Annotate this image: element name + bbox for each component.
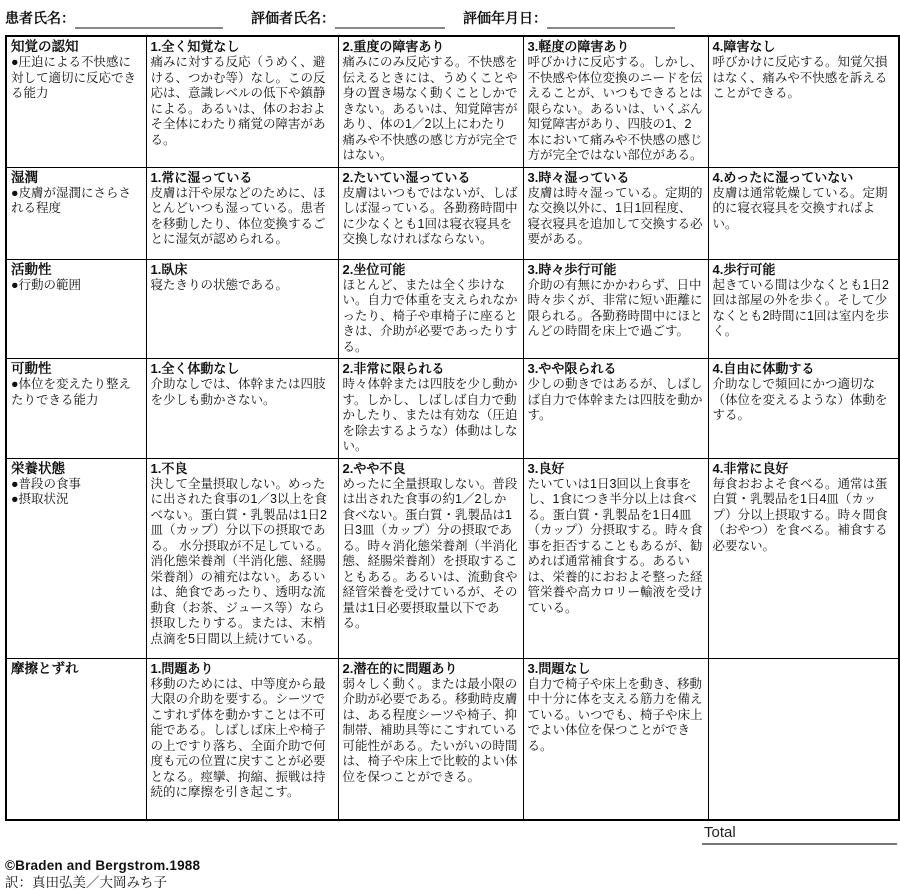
- braden-scale-table: 知覚の認知 ●圧迫による不快感に対して適切に反応できる能力 1.全く知覚なし 痛…: [5, 35, 900, 821]
- cell-perception-4: 4.障害なし 呼びかけに反応する。知覚欠損はなく、痛みや不快感を訴えることができ…: [708, 36, 899, 167]
- score-body: 少しの動きではあるが、しばしば自力で体幹または四肢を動かす。: [528, 377, 704, 424]
- score-body: めったに全量摂取しない。普段は出された食事の約1／2しか食べない。蛋白質・乳製品…: [343, 477, 519, 632]
- score-body: 寝たきりの状態である。: [151, 278, 334, 294]
- cell-perception-1: 1.全く知覚なし 痛みに対する反応（うめく、避ける、つかむ等）なし。この反応は、…: [146, 36, 338, 167]
- score-body: 皮膚はいつもではないが、しばしば湿っている。各勤務時間中に少なくとも1回は寝衣寝…: [343, 186, 519, 248]
- category-desc: ●行動の範囲: [11, 278, 142, 294]
- score-body: 毎食おおよそ食べる。通常は蛋白質・乳製品を1日4皿（カップ）分以上摂取する。時々…: [713, 477, 895, 555]
- copyright-text: ©Braden and Bergstrom.1988: [5, 857, 898, 874]
- score-body: 呼びかけに反応する。しかし、不快感や体位変換のニードを伝えることが、いつもできる…: [528, 55, 704, 164]
- score-title: 1.問題あり: [151, 661, 334, 677]
- cell-moisture-2: 2.たいてい湿っている 皮膚はいつもではないが、しばしば湿っている。各勤務時間中…: [338, 167, 523, 259]
- row-activity: 活動性 ●行動の範囲 1.臥床 寝たきりの状態である。 2.坐位可能 ほとんど、…: [6, 259, 899, 359]
- cell-category-nutrition: 栄養状態 ●普段の食事 ●摂取状況: [6, 458, 146, 658]
- cell-activity-3: 3.時々歩行可能 介助の有無にかかわらず、日中時々歩くが、非常に短い距離に限られ…: [523, 259, 708, 359]
- score-body: たいていは1日3回以上食事をし、1食につき半分以上は食べる。蛋白質・乳製品を1日…: [528, 477, 704, 617]
- eval-date-blank: [547, 10, 675, 29]
- category-desc: ●普段の食事: [11, 477, 142, 493]
- score-body: 皮膚は通常乾燥している。定期的に寝衣寝具を交換すればよい。: [713, 186, 895, 233]
- eval-date-label: 評価年月日：: [463, 8, 547, 29]
- category-title: 知覚の認知: [11, 39, 142, 55]
- score-title: 4.自由に体動する: [713, 361, 895, 377]
- cell-nutrition-2: 2.やや不良 めったに全量摂取しない。普段は出された食事の約1／2しか食べない。…: [338, 458, 523, 658]
- cell-category-friction: 摩擦とずれ: [6, 658, 146, 820]
- form-header: 患者氏名： 評価者氏名： 評価年月日：: [5, 8, 898, 29]
- category-title: 摩擦とずれ: [11, 661, 142, 677]
- cell-moisture-4: 4.めったに湿っていない 皮膚は通常乾燥している。定期的に寝衣寝具を交換すればよ…: [708, 167, 899, 259]
- score-body: 介助の有無にかかわらず、日中時々歩くが、非常に短い距離に限られる。各勤務時間中に…: [528, 278, 704, 340]
- category-desc: ●圧迫による不快感に対して適切に反応できる能力: [11, 55, 142, 102]
- evaluator-name-label: 評価者氏名：: [251, 8, 335, 29]
- cell-activity-2: 2.坐位可能 ほとんど、または全く歩けない。自力で体重を支えられなかったり、椅子…: [338, 259, 523, 359]
- score-title: 3.やや限られる: [528, 361, 704, 377]
- score-body: 介助なしで頻回にかつ適切な（体位を変えるような）体動をする。: [713, 377, 895, 424]
- score-title: 1.不良: [151, 461, 334, 477]
- score-title: 3.問題なし: [528, 661, 704, 677]
- patient-name-label: 患者氏名：: [5, 8, 75, 29]
- category-title: 活動性: [11, 262, 142, 278]
- score-body: 決して全量摂取しない。めったに出された食事の1／3以上を食べない。蛋白質・乳製品…: [151, 477, 334, 648]
- score-title: 2.潜在的に問題あり: [343, 661, 519, 677]
- braden-scale-form: 患者氏名： 評価者氏名： 評価年月日： 知覚の認知 ●圧迫による不快感に対して適…: [0, 0, 900, 891]
- score-title: 1.全く体動なし: [151, 361, 334, 377]
- cell-moisture-1: 1.常に湿っている 皮膚は汗や尿などのために、ほとんどいつも湿っている。患者を移…: [146, 167, 338, 259]
- cell-mobility-2: 2.非常に限られる 時々体幹または四肢を少し動かす。しかし、しばしば自力で動かし…: [338, 359, 523, 459]
- score-body: 起きている間は少なくとも1日2回は部屋の外を歩く。そして少なくとも2時間に1回は…: [713, 278, 895, 340]
- category-desc: ●皮膚が湿潤にさらされる程度: [11, 186, 142, 217]
- category-desc: ●体位を変えたり整えたりできる能力: [11, 377, 142, 408]
- score-title: 1.臥床: [151, 262, 334, 278]
- score-body: 自力で椅子や床上を動き、移動中十分に体を支える筋力を備えている。いつでも、椅子や…: [528, 677, 704, 755]
- score-body: 時々体幹または四肢を少し動かす。しかし、しばしば自力で動かしたり、または有効な（…: [343, 377, 519, 455]
- cell-perception-3: 3.軽度の障害あり 呼びかけに反応する。しかし、不快感や体位変換のニードを伝える…: [523, 36, 708, 167]
- row-nutrition: 栄養状態 ●普段の食事 ●摂取状況 1.不良 決して全量摂取しない。めったに出さ…: [6, 458, 899, 658]
- cell-mobility-1: 1.全く体動なし 介助なしでは、体幹または四肢を少しも動かさない。: [146, 359, 338, 459]
- score-title: 2.たいてい湿っている: [343, 170, 519, 186]
- score-title: 1.全く知覚なし: [151, 39, 334, 55]
- category-desc-2: ●摂取状況: [11, 492, 142, 508]
- row-perception: 知覚の認知 ●圧迫による不快感に対して適切に反応できる能力 1.全く知覚なし 痛…: [6, 36, 899, 167]
- cell-friction-3: 3.問題なし 自力で椅子や床上を動き、移動中十分に体を支える筋力を備えている。い…: [523, 658, 708, 820]
- score-body: 皮膚は時々湿っている。定期的な交換以外に、1日1回程度、寝衣寝具を追加して交換す…: [528, 186, 704, 248]
- cell-mobility-4: 4.自由に体動する 介助なしで頻回にかつ適切な（体位を変えるような）体動をする。: [708, 359, 899, 459]
- score-title: 3.良好: [528, 461, 704, 477]
- score-body: 皮膚は汗や尿などのために、ほとんどいつも湿っている。患者を移動したり、体位変換す…: [151, 186, 334, 248]
- cell-nutrition-3: 3.良好 たいていは1日3回以上食事をし、1食につき半分以上は食べる。蛋白質・乳…: [523, 458, 708, 658]
- score-body: 弱々しく動く。または最小限の介助が必要である。移動時皮膚は、ある程度シーツや椅子…: [343, 677, 519, 786]
- score-title: 4.非常に良好: [713, 461, 895, 477]
- cell-perception-2: 2.重度の障害あり 痛みにのみ反応する。不快感を伝えるときには、うめくことや身の…: [338, 36, 523, 167]
- evaluator-name-blank: [335, 10, 445, 29]
- row-friction: 摩擦とずれ 1.問題あり 移動のためには、中等度から最大限の介助を要する。シーツ…: [6, 658, 899, 820]
- score-body: 移動のためには、中等度から最大限の介助を要する。シーツでこすれず体を動かすことは…: [151, 677, 334, 801]
- score-title: 3.軽度の障害あり: [528, 39, 704, 55]
- score-body: 痛みに対する反応（うめく、避ける、つかむ等）なし。この反応は、意識レベルの低下や…: [151, 55, 334, 148]
- cell-category-activity: 活動性 ●行動の範囲: [6, 259, 146, 359]
- score-title: 2.非常に限られる: [343, 361, 519, 377]
- cell-category-perception: 知覚の認知 ●圧迫による不快感に対して適切に反応できる能力: [6, 36, 146, 167]
- score-title: 2.やや不良: [343, 461, 519, 477]
- total-field: Total: [702, 822, 897, 845]
- score-title: 2.重度の障害あり: [343, 39, 519, 55]
- score-title: 3.時々歩行可能: [528, 262, 704, 278]
- score-body: 介助なしでは、体幹または四肢を少しも動かさない。: [151, 377, 334, 408]
- score-title: 4.障害なし: [713, 39, 895, 55]
- total-label: Total: [704, 824, 736, 841]
- cell-nutrition-1: 1.不良 決して全量摂取しない。めったに出された食事の1／3以上を食べない。蛋白…: [146, 458, 338, 658]
- score-title: 4.歩行可能: [713, 262, 895, 278]
- cell-category-mobility: 可動性 ●体位を変えたり整えたりできる能力: [6, 359, 146, 459]
- row-mobility: 可動性 ●体位を変えたり整えたりできる能力 1.全く体動なし 介助なしでは、体幹…: [6, 359, 899, 459]
- score-title: 3.時々湿っている: [528, 170, 704, 186]
- score-body: 痛みにのみ反応する。不快感を伝えるときには、うめくことや身の置き場なく動くことし…: [343, 55, 519, 164]
- cell-moisture-3: 3.時々湿っている 皮膚は時々湿っている。定期的な交換以外に、1日1回程度、寝衣…: [523, 167, 708, 259]
- cell-nutrition-4: 4.非常に良好 毎食おおよそ食べる。通常は蛋白質・乳製品を1日4皿（カップ）分以…: [708, 458, 899, 658]
- cell-friction-2: 2.潜在的に問題あり 弱々しく動く。または最小限の介助が必要である。移動時皮膚は…: [338, 658, 523, 820]
- score-title: 4.めったに湿っていない: [713, 170, 895, 186]
- category-title: 湿潤: [11, 170, 142, 186]
- credits: ©Braden and Bergstrom.1988 訳：真田弘美／大岡みち子: [5, 857, 898, 891]
- score-body: ほとんど、または全く歩けない。自力で体重を支えられなかったり、椅子や車椅子に座る…: [343, 278, 519, 356]
- category-title: 可動性: [11, 361, 142, 377]
- patient-name-blank: [75, 10, 223, 29]
- score-title: 2.坐位可能: [343, 262, 519, 278]
- cell-category-moisture: 湿潤 ●皮膚が湿潤にさらされる程度: [6, 167, 146, 259]
- cell-mobility-3: 3.やや限られる 少しの動きではあるが、しばしば自力で体幹または四肢を動かす。: [523, 359, 708, 459]
- score-title: 1.常に湿っている: [151, 170, 334, 186]
- category-title: 栄養状態: [11, 461, 142, 477]
- score-body: 呼びかけに反応する。知覚欠損はなく、痛みや不快感を訴えることができる。: [713, 55, 895, 102]
- cell-activity-1: 1.臥床 寝たきりの状態である。: [146, 259, 338, 359]
- cell-friction-4-empty: [708, 658, 899, 820]
- row-moisture: 湿潤 ●皮膚が湿潤にさらされる程度 1.常に湿っている 皮膚は汗や尿などのために…: [6, 167, 899, 259]
- cell-friction-1: 1.問題あり 移動のためには、中等度から最大限の介助を要する。シーツでこすれず体…: [146, 658, 338, 820]
- cell-activity-4: 4.歩行可能 起きている間は少なくとも1日2回は部屋の外を歩く。そして少なくとも…: [708, 259, 899, 359]
- translator-text: 訳：真田弘美／大岡みち子: [5, 874, 898, 891]
